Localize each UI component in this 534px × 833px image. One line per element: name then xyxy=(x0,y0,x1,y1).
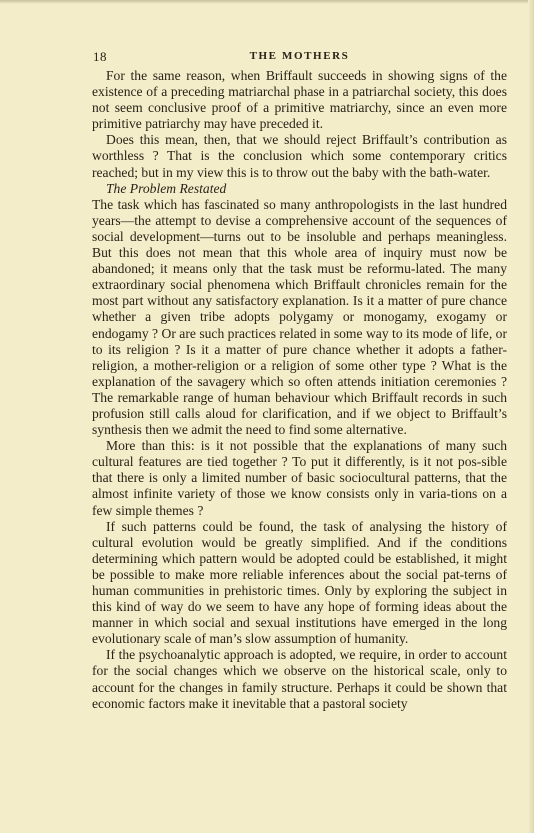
page-top-edge xyxy=(0,0,534,4)
running-head-title: THE MOTHERS xyxy=(93,50,506,62)
section-heading: The Problem Restated xyxy=(92,181,507,197)
paragraph: The task which has fascinated so many an… xyxy=(92,197,507,438)
running-head: 18 THE MOTHERS xyxy=(93,49,506,65)
page-right-edge xyxy=(528,0,534,833)
paragraph: More than this: is it not possible that … xyxy=(92,438,507,518)
paragraph: If such patterns could be found, the tas… xyxy=(92,519,507,648)
paragraph: Does this mean, then, that we should rej… xyxy=(92,132,507,180)
paragraph: If the psychoanalytic approach is adopte… xyxy=(92,647,507,711)
body-text: For the same reason, when Briffault succ… xyxy=(92,68,507,712)
paragraph: For the same reason, when Briffault succ… xyxy=(92,68,507,132)
